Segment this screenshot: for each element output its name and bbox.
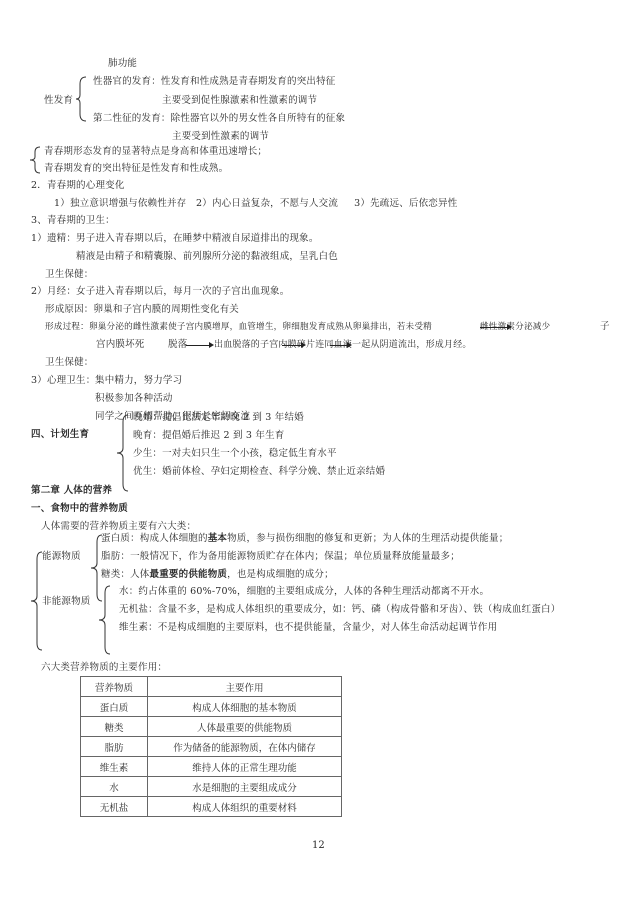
table-row: 无机盐 构成人体组织的重要材料 xyxy=(81,797,342,817)
chapter-title: 第二章 人体的营养 xyxy=(31,485,112,497)
protein-item: 蛋白质：构成人体细胞的基本物质，参与损伤细胞的修复和更新；为人体的生理活动提供能… xyxy=(101,533,508,545)
psych-heading: 2．青春期的心理变化 xyxy=(31,180,125,192)
table-cell: 无机盐 xyxy=(81,797,148,817)
menses-process-cont: 子 xyxy=(600,321,610,333)
table-row: 脂肪 作为储备的能源物质，在体内储存 xyxy=(81,737,342,757)
mineral-item: 无机盐：含量不多，是构成人体组织的重要成分，如：钙、磷（构成骨骼和牙齿）、铁（构… xyxy=(119,604,560,616)
non-energy-substances-label: 非能源物质 xyxy=(42,596,91,608)
hygiene-heading: 3、青春期的卫生： xyxy=(31,215,115,227)
mental-label: 3）心理卫生： xyxy=(31,375,95,387)
fp-item-3: 少生：一对夫妇只生一个小孩，稳定低生育水平 xyxy=(133,448,337,460)
secondary-sex-development: 第二性征的发育：除性器官以外的男女性各自所特有的征象 xyxy=(93,113,345,125)
brace-icon xyxy=(96,585,112,655)
sugar-item: 糖类：人体最重要的供能物质，也是构成细胞的成分； xyxy=(101,569,334,581)
menses-process-2a: 宫内膜坏死 xyxy=(96,339,145,351)
table-row: 蛋白质 构成人体细胞的基本物质 xyxy=(81,697,342,717)
table-cell: 作为储备的能源物质，在体内储存 xyxy=(148,737,342,757)
arrow-icon xyxy=(186,345,212,346)
page-number: 12 xyxy=(312,840,325,851)
table-header: 主要作用 xyxy=(148,677,342,697)
fp-item-2: 晚育：提倡婚后推迟 2 到 3 年生育 xyxy=(133,430,284,442)
section-heading: 一、食物中的营养物质 xyxy=(31,503,128,515)
brace-icon xyxy=(114,414,130,492)
vitamin-item: 维生素：不是构成细胞的主要原料，也不提供能量，含量少，对人体生命活动起调节作用 xyxy=(119,622,497,634)
menses-process-2b: 脱落 xyxy=(168,339,187,351)
family-planning-heading: 四、计划生育 xyxy=(31,429,89,441)
arrow-icon xyxy=(282,345,304,346)
menses-cause: 形成原因：卵巢和子宫内膜的周期性变化有关 xyxy=(45,304,239,316)
care-label-1: 卫生保健： xyxy=(45,269,94,281)
summary-line-1: 青春期形态发育的显著特点是身高和体重迅速增长； xyxy=(44,146,267,158)
emission-title: 1）遗精：男子进入青春期以后，在睡梦中精液自尿道排出的现象。 xyxy=(31,233,319,245)
sex-organ-development: 性器官的发育：性发育和性成熟是青春期发育的突出特征 xyxy=(93,76,336,88)
fat-item: 脂肪：一般情况下，作为备用能源物质贮存在体内；保温；单位质量释放能量最多； xyxy=(101,551,460,563)
table-cell: 构成人体细胞的基本物质 xyxy=(148,697,342,717)
brace-icon xyxy=(28,146,42,174)
table-cell: 人体最重要的供能物质 xyxy=(148,717,342,737)
table-header: 营养物质 xyxy=(81,677,148,697)
menses-process-1: 形成过程：卵巢分泌的雌性激素使子宫内膜增厚，血管增生，卵细胞发育成熟从卵巢排出，… xyxy=(45,321,432,333)
brace-icon xyxy=(76,76,90,122)
nutrition-intro: 人体需要的营养物质主要有六大类： xyxy=(41,521,196,533)
table-row: 糖类 人体最重要的供能物质 xyxy=(81,717,342,737)
lung-function-text: 肺功能 xyxy=(108,58,137,70)
table-cell: 构成人体组织的重要材料 xyxy=(148,797,342,817)
table-cell: 糖类 xyxy=(81,717,148,737)
table-cell: 维生素 xyxy=(81,757,148,777)
fp-item-4: 优生：婚前体检、孕妇定期检查、科学分娩、禁止近亲结婚 xyxy=(133,466,385,478)
table-row: 水 水是细胞的主要组成成分 xyxy=(81,777,342,797)
secondary-sex-regulation: 主要受到性激素的调节 xyxy=(172,131,269,143)
summary-line-2: 青春期发育的突出特征是性发育和性成熟。 xyxy=(44,163,228,175)
table-cell: 维持人体的正常生理功能 xyxy=(148,757,342,777)
nutrition-table: 营养物质 主要作用 蛋白质 构成人体细胞的基本物质 糖类 人体最重要的供能物质 … xyxy=(80,676,342,817)
sex-development-label: 性发育 xyxy=(44,95,73,107)
fp-item-1: 晚婚：提倡比法定年龄晚 2 到 3 年结婚 xyxy=(133,412,304,424)
care-label-2: 卫生保健： xyxy=(45,357,94,369)
sex-organ-regulation: 主要受到促性腺激素和性激素的调节 xyxy=(162,95,317,107)
mental-item-1: 集中精力，努力学习 xyxy=(95,375,182,387)
arrow-icon xyxy=(330,345,350,346)
table-row: 维生素 维持人体的正常生理功能 xyxy=(81,757,342,777)
table-cell: 水 xyxy=(81,777,148,797)
table-cell: 脂肪 xyxy=(81,737,148,757)
psych-items: 1）独立意识增强与依赖性并存 2）内心日益复杂，不愿与人交流 3）先疏远、后依恋… xyxy=(54,198,457,210)
table-cell: 水是细胞的主要组成成分 xyxy=(148,777,342,797)
energy-substances-label: 能源物质 xyxy=(42,551,81,563)
mental-item-2: 积极参加各种活动 xyxy=(95,393,173,405)
water-item: 水：约占体重的 60%-70%，细胞的主要组成成分，人体的各种生理活动都离不开水… xyxy=(119,586,489,598)
table-caption: 六大类营养物质的主要作用： xyxy=(41,662,167,674)
table-cell: 蛋白质 xyxy=(81,697,148,717)
table-header-row: 营养物质 主要作用 xyxy=(81,677,342,697)
arrow-icon xyxy=(480,327,510,328)
emission-detail: 精液是由精子和精囊腺、前列腺所分泌的黏液组成，呈乳白色 xyxy=(76,251,338,263)
menses-title: 2）月经：女子进入青春期以后，每月一次的子宫出血现象。 xyxy=(31,286,289,298)
